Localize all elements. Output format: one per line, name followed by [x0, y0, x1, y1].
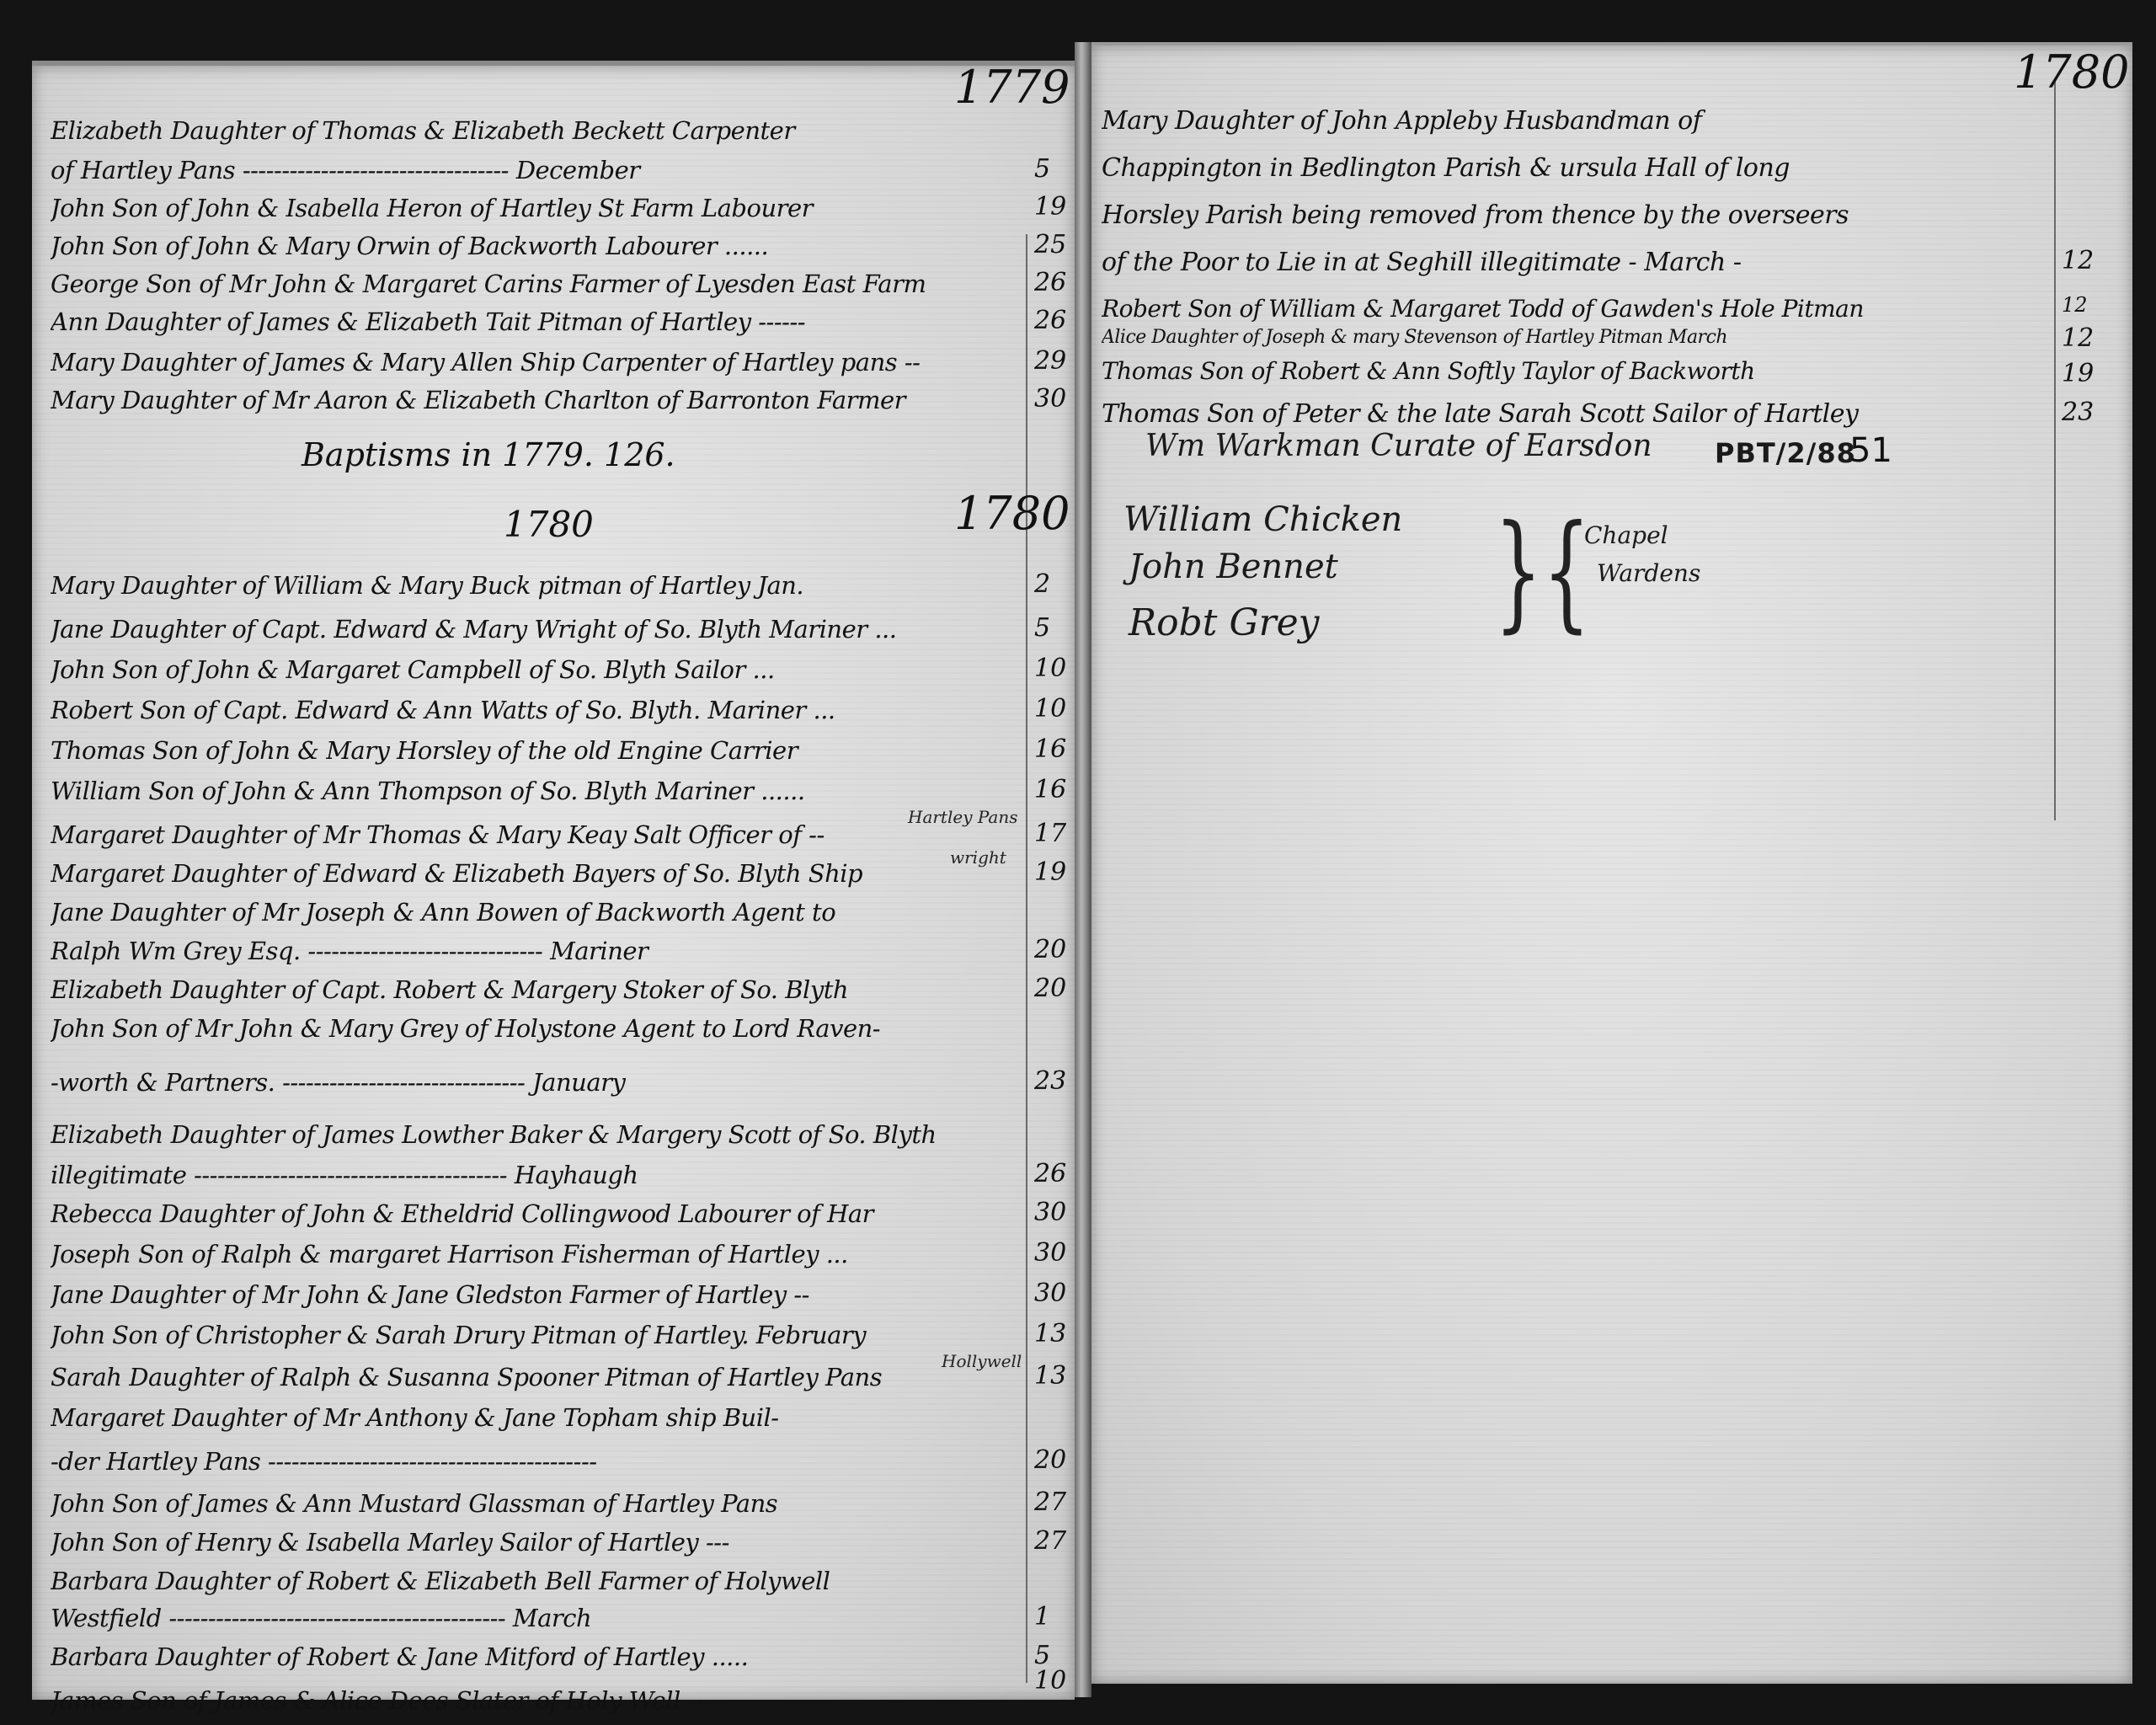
entry-day: 13 — [1034, 1361, 1066, 1391]
left-page: 1779 Elizabeth Daughter of Thomas & Eliz… — [32, 61, 1075, 1700]
warden-signature: William Chicken — [1123, 500, 1402, 539]
entry-text: Ann Daughter of James & Elizabeth Tait P… — [51, 307, 1019, 336]
entry-day: 23 — [2062, 398, 2094, 427]
entry-day: 13 — [1034, 1319, 1066, 1348]
entry-text: Margaret Daughter of Mr Thomas & Mary Ke… — [51, 820, 1019, 849]
entry-day: 23 — [1034, 1066, 1066, 1096]
wardens-title: Wardens — [1597, 559, 1700, 587]
entry-text: -der Hartley Pans ----------------------… — [51, 1447, 1019, 1476]
warden-signature: John Bennet — [1129, 547, 1338, 586]
entry-text: John Son of Mr John & Mary Grey of Holys… — [51, 1014, 1019, 1043]
entry-day: 16 — [1034, 775, 1066, 804]
entry-text: Westfield ------------------------------… — [51, 1604, 1019, 1632]
book-spine — [1075, 42, 1091, 1697]
entry-text: Sarah Daughter of Ralph & Susanna Spoone… — [51, 1363, 1019, 1391]
entry-day: 16 — [1034, 734, 1066, 764]
entry-text: of Hartley Pans ------------------------… — [51, 156, 1019, 184]
entry-text: -worth & Partners. ---------------------… — [51, 1068, 1019, 1097]
entry-text: Chappington in Bedlington Parish & ursul… — [1102, 153, 2053, 183]
entry-day: 30 — [1034, 1279, 1066, 1308]
entry-day: 26 — [1034, 268, 1066, 297]
entry-day: 27 — [1034, 1526, 1066, 1556]
entry-day: 12 — [2062, 293, 2088, 317]
entry-text: Mary Daughter of John Appleby Husbandman… — [1102, 106, 2053, 136]
entry-day: 30 — [1034, 384, 1066, 414]
entry-text: James Son of James & Alice Dees Slater o… — [51, 1686, 1011, 1715]
bracket-mark: }{ — [1494, 509, 1591, 635]
entry-day: 19 — [1034, 857, 1066, 887]
curate-signature: Wm Warkman Curate of Earsdon — [1145, 429, 1652, 463]
year-header-1779: 1779 — [954, 61, 1070, 114]
entry-day: 30 — [1034, 1238, 1066, 1268]
entry-text: John Son of Christopher & Sarah Drury Pi… — [51, 1321, 1019, 1349]
entry-day: 2 — [1034, 569, 1050, 599]
entry-day: 12 — [2062, 323, 2094, 353]
entry-day: 29 — [1034, 346, 1066, 376]
entry-text: Joseph Son of Ralph & margaret Harrison … — [51, 1240, 1019, 1268]
entry-text: Thomas Son of Peter & the late Sarah Sco… — [1102, 399, 2053, 429]
year-header-1780-center: 1780 — [504, 504, 594, 545]
entry-day: 19 — [2062, 359, 2094, 388]
entry-text: Jane Daughter of Mr John & Jane Gledston… — [51, 1280, 1019, 1309]
entry-day: 17 — [1034, 819, 1066, 848]
entry-text: Margaret Daughter of Edward & Elizabeth … — [51, 859, 1019, 888]
entry-text: Barbara Daughter of Robert & Elizabeth B… — [51, 1567, 1019, 1595]
entry-text: Horsley Parish being removed from thence… — [1102, 200, 2053, 230]
entry-text: Jane Daughter of Capt. Edward & Mary Wri… — [51, 615, 1019, 644]
wardens-title: Chapel — [1584, 521, 1668, 549]
entry-text: John Son of James & Ann Mustard Glassman… — [51, 1489, 1019, 1518]
entry-text: Ralph Wm Grey Esq. ---------------------… — [51, 937, 1019, 965]
archive-reference-stamp: PBT/2/88 — [1715, 437, 1856, 469]
entry-text: Elizabeth Daughter of Capt. Robert & Mar… — [51, 975, 1019, 1004]
day-column-rule — [1026, 234, 1027, 1683]
entry-text: John Son of John & Mary Orwin of Backwor… — [51, 232, 1019, 260]
entry-text: Thomas Son of John & Mary Horsley of the… — [51, 736, 1019, 765]
entry-text: Jane Daughter of Mr Joseph & Ann Bowen o… — [51, 898, 1019, 927]
entry-day: 10 — [1034, 694, 1066, 724]
year-header-1780-margin: 1780 — [954, 487, 1070, 540]
entry-text: Thomas Son of Robert & Ann Softly Taylor… — [1102, 357, 2053, 385]
entry-day: 10 — [1034, 1666, 1066, 1696]
entry-day: 26 — [1034, 306, 1066, 335]
entry-text: Elizabeth Daughter of Thomas & Elizabeth… — [51, 116, 1019, 145]
entry-day: 5 — [1034, 613, 1050, 643]
entry-text: Robert Son of Capt. Edward & Ann Watts o… — [51, 696, 1019, 724]
entry-text: William Son of John & Ann Thompson of So… — [51, 777, 1019, 805]
entry-day: 12 — [2062, 246, 2094, 275]
entry-text: George Son of Mr John & Margaret Carins … — [51, 270, 1019, 298]
right-page: 1780 Mary Daughter of John Appleby Husba… — [1091, 42, 2132, 1684]
baptisms-summary: Baptisms in 1779. 126. — [302, 436, 675, 473]
entry-text: Mary Daughter of William & Mary Buck pit… — [51, 571, 1019, 600]
entry-text: Alice Daughter of Joseph & mary Stevenso… — [1102, 327, 2053, 348]
entry-day: 26 — [1034, 1159, 1066, 1188]
day-column-rule — [2054, 79, 2056, 820]
entry-text: Mary Daughter of James & Mary Allen Ship… — [51, 348, 1019, 377]
entry-day: 19 — [1034, 192, 1066, 222]
entry-text: Barbara Daughter of Robert & Jane Mitfor… — [51, 1642, 1019, 1671]
entry-day: 20 — [1034, 1445, 1066, 1475]
entry-day: 1 — [1034, 1602, 1050, 1632]
entry-text: of the Poor to Lie in at Seghill illegit… — [1102, 248, 2053, 277]
entry-text: John Son of Henry & Isabella Marley Sail… — [51, 1528, 1019, 1557]
entry-text: Rebecca Daughter of John & Etheldrid Col… — [51, 1199, 1019, 1228]
entry-day: 20 — [1034, 935, 1066, 964]
entry-text: Robert Son of William & Margaret Todd of… — [1102, 295, 2053, 323]
folio-number: 51 — [1849, 431, 1892, 470]
year-header-1780: 1780 — [2014, 45, 2129, 99]
entry-day: 10 — [1034, 654, 1066, 683]
entry-day: 5 — [1034, 154, 1050, 184]
entry-text: Margaret Daughter of Mr Anthony & Jane T… — [51, 1403, 1019, 1432]
warden-signature: Robt Grey — [1129, 601, 1320, 644]
entry-text: illegitimate ---------------------------… — [51, 1161, 1019, 1189]
entry-text: John Son of John & Isabella Heron of Har… — [51, 194, 1019, 222]
entry-day: 30 — [1034, 1198, 1066, 1227]
entry-text: John Son of John & Margaret Campbell of … — [51, 655, 1019, 684]
entry-day: 25 — [1034, 230, 1066, 259]
entry-text: Mary Daughter of Mr Aaron & Elizabeth Ch… — [51, 386, 1019, 414]
entry-text: Elizabeth Daughter of James Lowther Bake… — [51, 1120, 1019, 1149]
entry-day: 27 — [1034, 1487, 1066, 1517]
entry-day: 20 — [1034, 974, 1066, 1003]
